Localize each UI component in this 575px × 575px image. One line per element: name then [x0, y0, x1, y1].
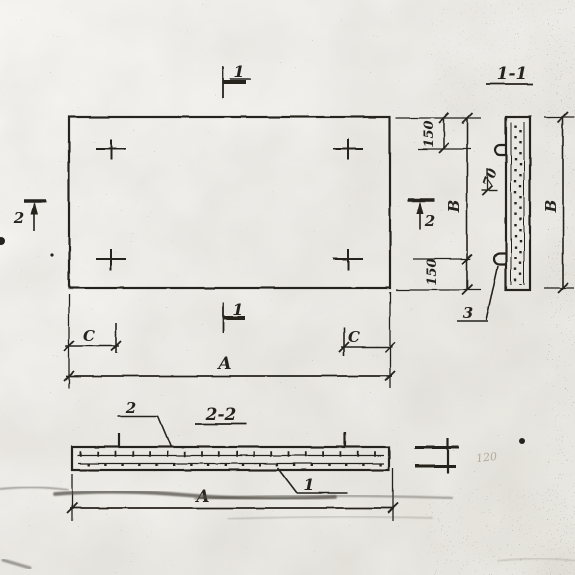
drawing-canvas: 1 1 2 2 C C A 1-1 150 70 150 В В 3 2 2-2…: [0, 0, 575, 575]
noise-layer-bottom-right: [428, 488, 575, 575]
noise-layer-top-right: [430, 0, 575, 120]
scanned-drawing-page: 1 1 2 2 C C A 1-1 150 70 150 В В 3 2 2-2…: [0, 0, 575, 575]
